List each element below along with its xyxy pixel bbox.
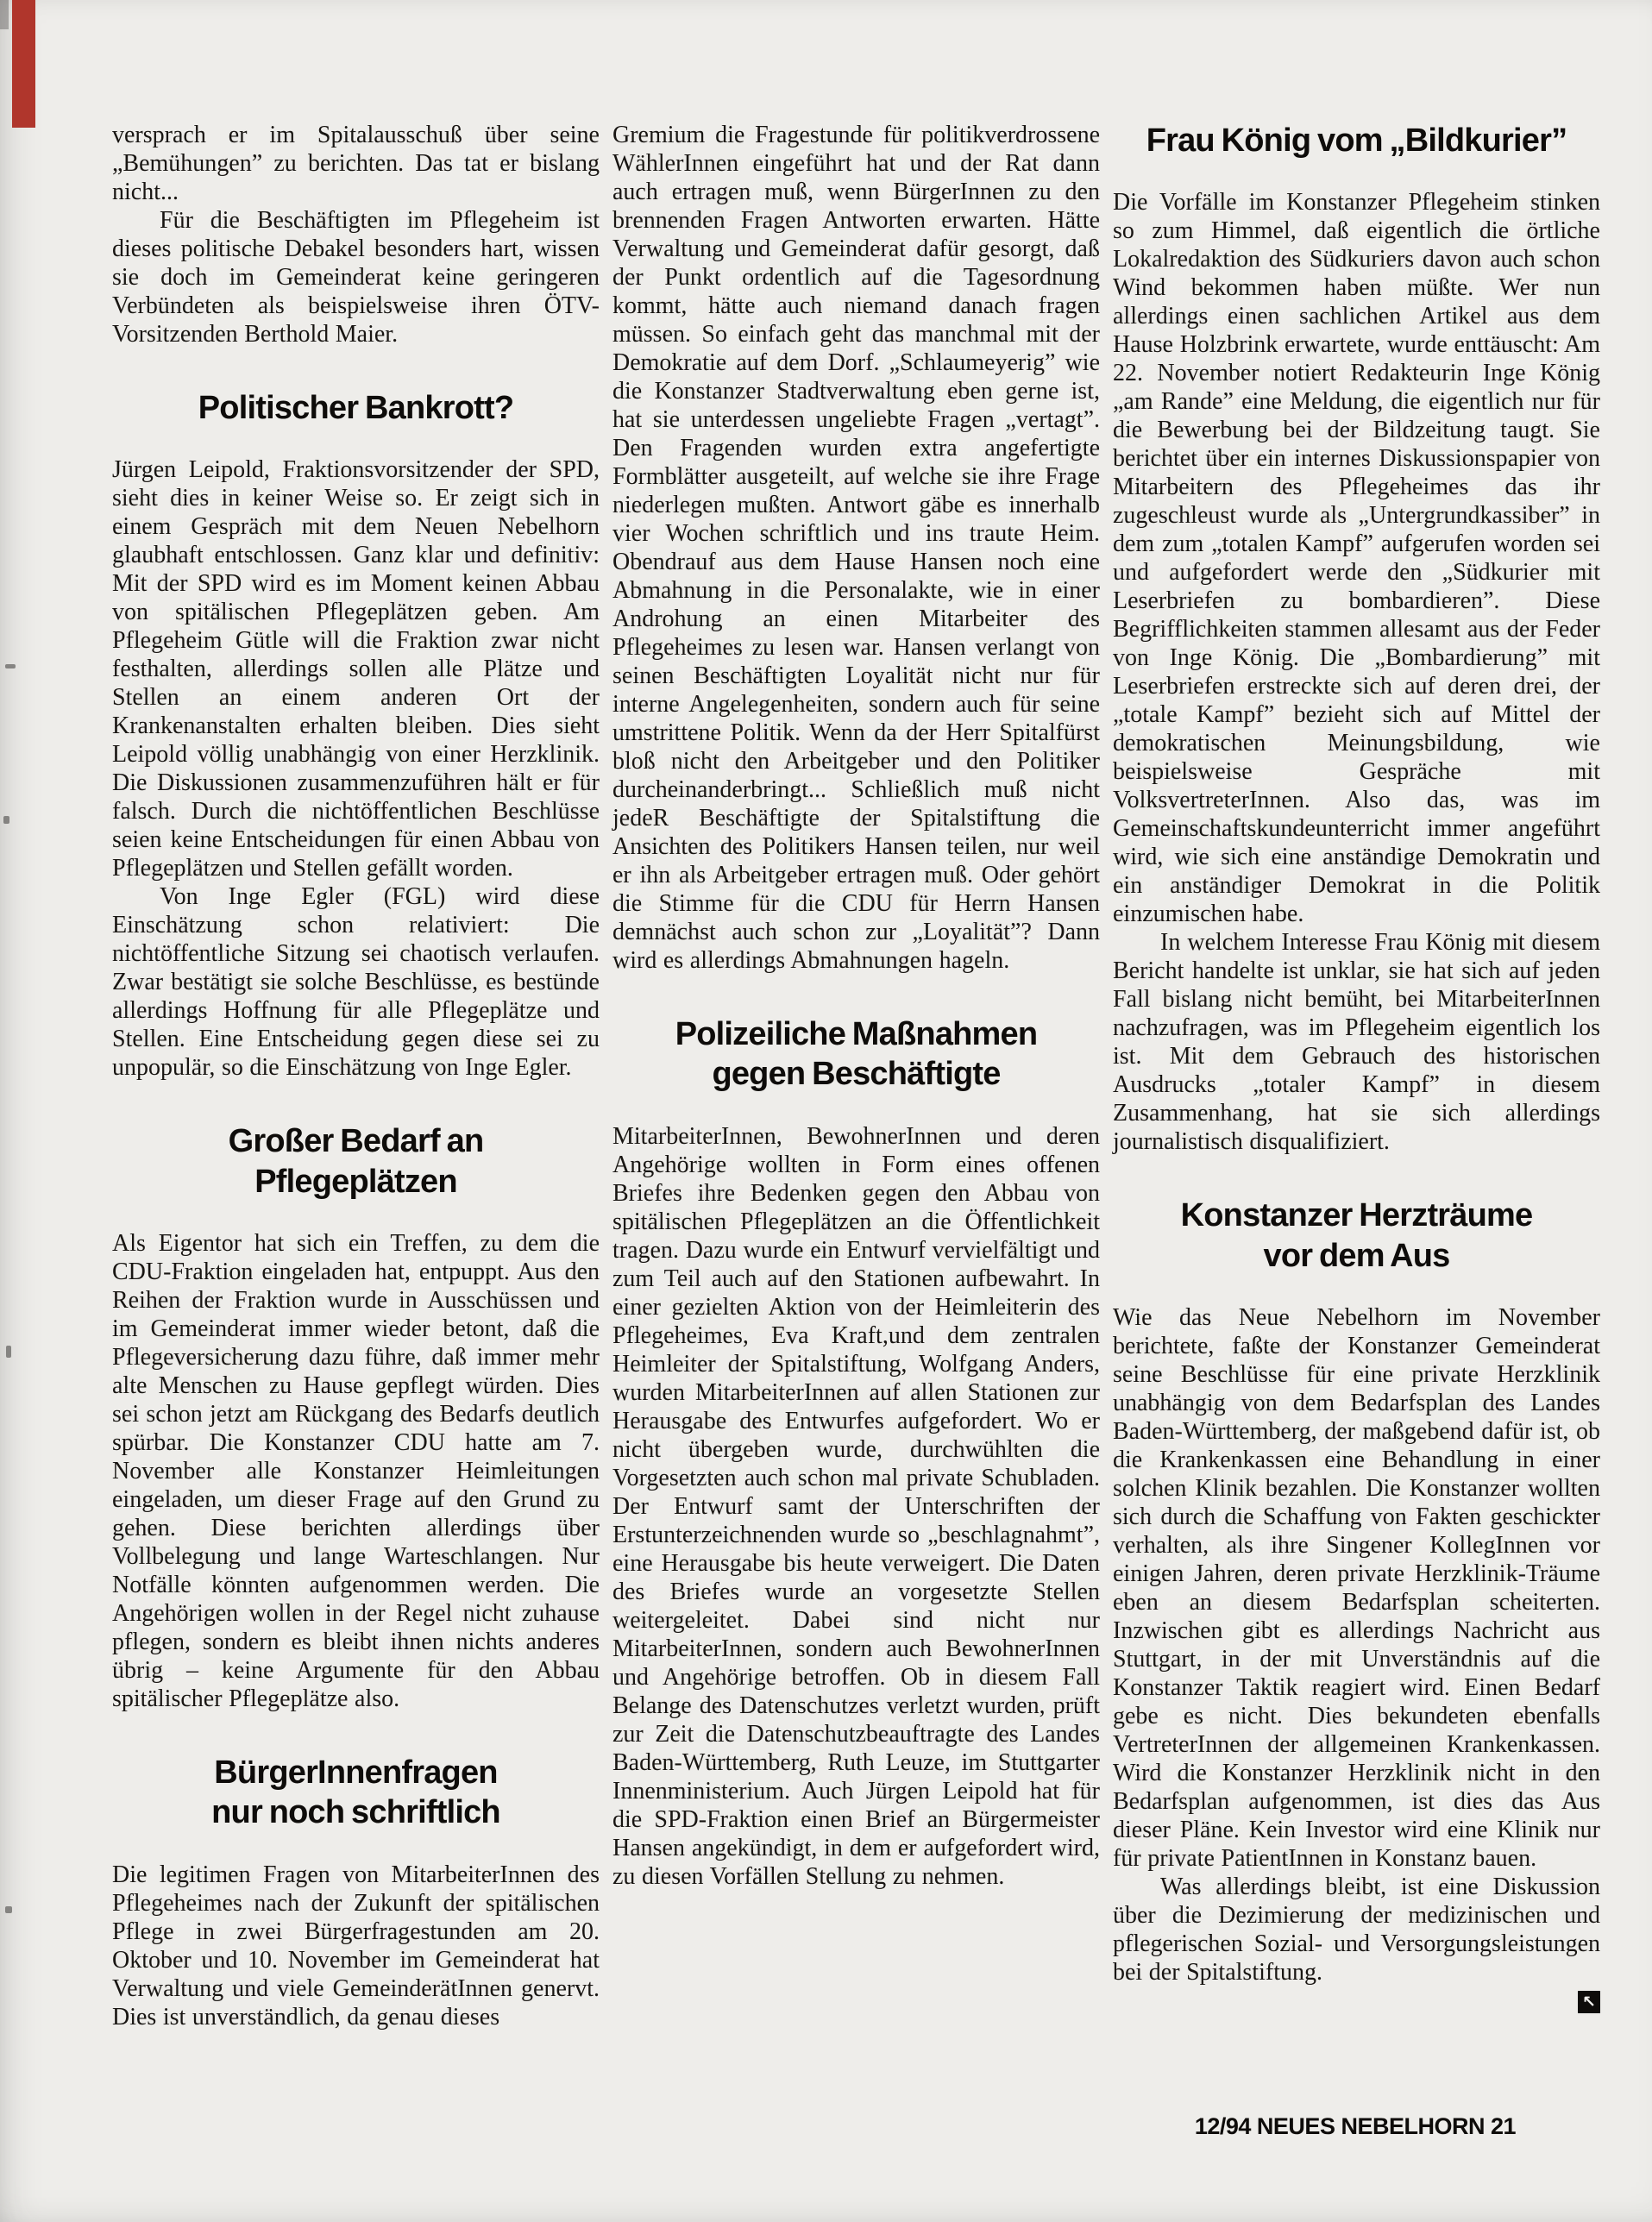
section-heading: Frau König vom „Bildkurier” [1113,121,1600,160]
column-right: Frau König vom „Bildkurier”Die Vorfälle … [1113,121,1600,2013]
scan-speck [5,1906,12,1913]
footer-page-info: 12/94 NEUES NEBELHORN 21 [1195,2113,1516,2140]
column-left: versprach er im Spitalausschuß über sein… [112,121,600,2031]
article-paragraph: Wie das Neue Nebelhorn im November beric… [1113,1303,1600,1873]
scan-speck [6,1346,11,1358]
scan-edge-smudge [0,0,9,29]
article-columns: versprach er im Spitalausschuß über sein… [112,121,1600,2031]
section-heading: Konstanzer Herzträume vor dem Aus [1113,1196,1600,1276]
article-paragraph: Was allerdings bleibt, ist eine Diskussi… [1113,1873,1600,1987]
article-paragraph: In welchem Interesse Frau König mit dies… [1113,928,1600,1156]
scanned-newsletter-page: versprach er im Spitalausschuß über sein… [0,0,1652,2222]
section-heading: Polizeiliche Maßnahmen gegen Beschäftigt… [612,1014,1100,1095]
article-paragraph: Von Inge Egler (FGL) wird diese Einschät… [112,882,600,1082]
section-heading: BürgerInnenfragen nur noch schriftlich [112,1753,600,1833]
end-of-article-square-icon: ↖ [1578,1991,1600,2013]
article-paragraph: Die legitimen Fragen von MitarbeiterInne… [112,1861,600,2031]
article-paragraph: MitarbeiterInnen, BewohnerInnen und dere… [612,1122,1100,1891]
section-heading: Politischer Bankrott? [112,388,600,428]
section-heading: Großer Bedarf an Pflegeplätzen [112,1121,600,1202]
article-paragraph: Für die Beschäftigten im Pflegeheim ist … [112,206,600,348]
red-registration-mark [12,0,35,128]
article-paragraph: Als Eigentor hat sich ein Treffen, zu de… [112,1229,600,1713]
article-paragraph: versprach er im Spitalausschuß über sein… [112,121,600,206]
article-paragraph: Jürgen Leipold, Fraktionsvorsitzender de… [112,455,600,882]
article-paragraph: Gremium die Fragestunde für politikverdr… [612,121,1100,975]
column-middle: Gremium die Fragestunde für politikverdr… [612,121,1100,1891]
scan-speck [5,664,16,668]
scan-speck [3,816,9,824]
article-paragraph: Die Vorfälle im Konstanzer Pflegeheim st… [1113,188,1600,928]
